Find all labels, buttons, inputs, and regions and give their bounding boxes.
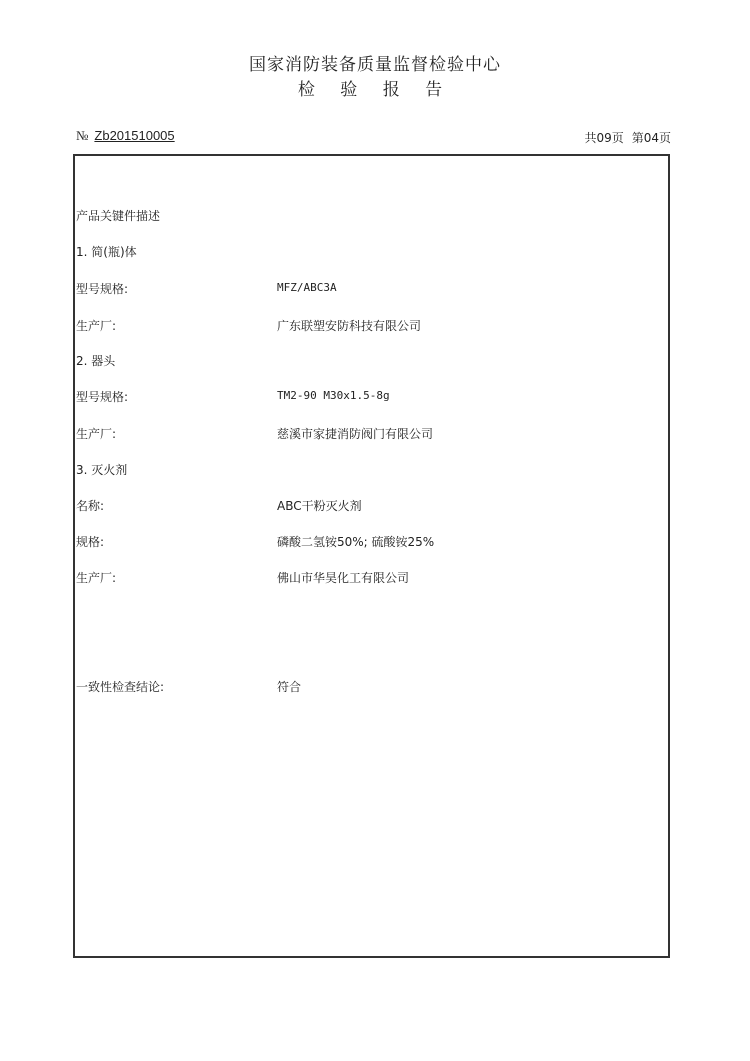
field-label: 生产厂: [76, 425, 116, 442]
field-value: 佛山市华昊化工有限公司 [277, 569, 409, 586]
field-value: MFZ/ABC3A [277, 281, 337, 294]
current-page: 第04页 [632, 131, 671, 145]
number-sign: № [76, 128, 88, 143]
field-value: 磷酸二氢铵50%; 硫酸铵25% [277, 533, 434, 550]
field-label: 生产厂: [76, 317, 116, 334]
item-heading-agent: 3. 灭火剂 [76, 461, 127, 478]
total-pages: 共09页 [584, 131, 623, 145]
section-title: 产品关键件描述 [76, 207, 160, 224]
field-value: 慈溪市家捷消防阀门有限公司 [277, 425, 433, 442]
field-value: 广东联塑安防科技有限公司 [277, 317, 421, 334]
field-label: 名称: [76, 497, 104, 514]
page-info: 共09页第04页 [576, 129, 671, 146]
report-title: 检 验 报 告 [0, 75, 750, 100]
field-value: TM2-90 M30x1.5-8g [277, 389, 390, 402]
conclusion-value: 符合 [277, 678, 301, 695]
item-heading-cylinder: 1. 简(瓶)体 [76, 243, 137, 260]
report-number-value: Zb201510005 [94, 128, 174, 143]
field-label: 型号规格: [76, 388, 128, 405]
item-heading-valve: 2. 器头 [76, 352, 115, 369]
field-label: 型号规格: [76, 280, 128, 297]
org-title: 国家消防装备质量监督检验中心 [0, 50, 750, 75]
field-value: ABC干粉灭火剂 [277, 497, 362, 514]
report-number: №Zb201510005 [76, 128, 175, 144]
field-label: 生产厂: [76, 569, 116, 586]
field-label: 规格: [76, 533, 104, 550]
conclusion-label: 一致性检查结论: [76, 678, 164, 695]
content-frame [73, 154, 670, 958]
